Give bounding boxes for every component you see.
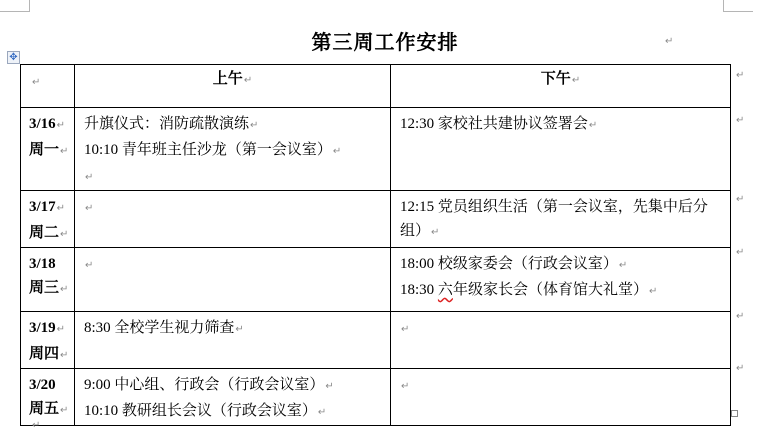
empty-line: ↵ [84,252,390,278]
paragraph-mark-icon: ↵ [57,203,65,214]
afternoon-cell[interactable]: 12:15 党员组织生活（第一会议室，先集中后分组）↵ [391,191,731,248]
event-line: 8:30 全校学生视力筛查↵ [84,316,390,342]
paragraph-mark-icon: ↵ [60,350,68,361]
event-line: 18:00 校级家委会（行政会议室）↵ [400,252,730,278]
day-cell[interactable]: 3/20 周五↵ [21,369,75,426]
document-title[interactable]: 第三周工作安排 [0,26,770,55]
paragraph-mark-icon: ↵ [60,405,68,416]
day-cell[interactable]: 3/17↵ 周二↵ [21,191,75,248]
paragraph-mark-icon: ↵ [85,260,93,271]
table-row: 3/16↵ 周一↵ 升旗仪式：消防疏散演练↵ 10:10 青年班主任沙龙（第一会… [21,108,731,191]
date-label: 3/16 [29,116,56,132]
morning-cell[interactable]: ↵ [75,248,391,312]
page-margin-corner-top-left [0,0,30,12]
table-move-handle-icon[interactable]: ✥ [7,51,20,64]
paragraph-mark-icon: ↵ [244,75,252,86]
event-line: 9:00 中心组、行政会（行政会议室）↵ [84,373,390,399]
afternoon-cell[interactable]: 18:00 校级家委会（行政会议室）↵ 18:30 六年级家长会（体育馆大礼堂）… [391,248,731,312]
end-of-row-mark-icon: ↵ [736,311,744,322]
end-of-row-mark-icon: ↵ [736,70,744,81]
weekday-label: 周四 [29,346,59,362]
day-cell[interactable]: 3/19↵ 周四↵ [21,312,75,369]
empty-line: ↵ [400,316,730,342]
end-of-row-mark-icon: ↵ [736,247,744,258]
paragraph-mark-icon: ↵ [32,77,40,88]
header-morning-label: 上午 [213,71,243,87]
end-of-row-mark-icon: ↵ [736,363,744,374]
table-resize-handle[interactable] [731,410,738,417]
paragraph-mark-icon: ↵ [572,75,580,86]
event-line: 10:10 教研组长会议（行政会议室）↵ [84,399,390,425]
paragraph-mark-icon: ↵ [85,203,93,214]
paragraph-mark-icon: ↵ [589,120,597,131]
header-cell-afternoon[interactable]: 下午↵ [391,65,731,108]
empty-line: ↵ [84,195,390,221]
paragraph-mark-icon: ↵ [85,172,93,183]
day-cell[interactable]: 3/18 周三↵ [21,248,75,312]
afternoon-cell[interactable]: ↵ [391,312,731,369]
table-row: 3/20 周五↵ 9:00 中心组、行政会（行政会议室）↵ 10:10 教研组长… [21,369,731,426]
end-of-row-mark-icon: ↵ [736,194,744,205]
morning-cell[interactable]: 8:30 全校学生视力筛查↵ [75,312,391,369]
paragraph-mark-icon: ↵ [431,227,439,238]
weekday-label: 周一 [29,142,59,158]
weekday-label: 周二 [29,225,59,241]
paragraph-mark-icon: ↵ [57,324,65,335]
end-of-row-mark-icon: ↵ [736,115,744,126]
table-row: 3/18 周三↵ ↵ 18:00 校级家委会（行政会议室）↵ 18:30 六年级… [21,248,731,312]
paragraph-mark-icon: ↵ [333,146,341,157]
morning-cell[interactable]: ↵ [75,191,391,248]
page-margin-corner-top-right [723,0,753,12]
afternoon-cell[interactable]: 12:30 家校社共建协议签署会↵ [391,108,731,191]
morning-cell[interactable]: 9:00 中心组、行政会（行政会议室）↵ 10:10 教研组长会议（行政会议室）… [75,369,391,426]
table-row: 3/19↵ 周四↵ 8:30 全校学生视力筛查↵ ↵ [21,312,731,369]
event-line: 12:15 党员组织生活（第一会议室，先集中后分组）↵ [400,195,730,245]
paragraph-mark-icon: ↵ [665,36,673,47]
weekday-label: 周三 [29,280,59,296]
empty-line: ↵ [400,373,730,399]
morning-cell[interactable]: 升旗仪式：消防疏散演练↵ 10:10 青年班主任沙龙（第一会议室）↵ ↵ [75,108,391,191]
afternoon-cell[interactable]: ↵ [391,369,731,426]
date-label: 3/20 [29,377,56,393]
table-header-row: ↵ 上午↵ 下午↵ [21,65,731,108]
spellcheck-underline[interactable]: 六 [438,282,453,298]
header-cell-morning[interactable]: 上午↵ [75,65,391,108]
header-afternoon-label: 下午 [541,71,571,87]
paragraph-mark-icon: ↵ [60,146,68,157]
event-line: 18:30 六年级家长会（体育馆大礼堂）↵ [400,278,730,304]
date-label: 3/19 [29,320,56,336]
paragraph-mark-icon: ↵ [318,407,326,418]
header-cell-day[interactable]: ↵ [21,65,75,108]
event-line: 升旗仪式：消防疏散演练↵ [84,112,390,138]
table-row: 3/17↵ 周二↵ ↵ 12:15 党员组织生活（第一会议室，先集中后分组）↵ [21,191,731,248]
paragraph-mark-icon: ↵ [60,229,68,240]
event-line: 10:10 青年班主任沙龙（第一会议室）↵ [84,138,390,164]
paragraph-mark-icon: ↵ [235,324,243,335]
paragraph-mark-icon: ↵ [401,324,409,335]
paragraph-mark-icon: ↵ [619,260,627,271]
paragraph-mark-icon: ↵ [57,120,65,131]
date-label: 3/17 [29,199,56,215]
document-title-text: 第三周工作安排 [312,30,459,54]
paragraph-mark-icon: ↵ [325,381,333,392]
event-line: 12:30 家校社共建协议签署会↵ [400,112,730,138]
paragraph-mark-icon: ↵ [32,420,40,431]
day-cell[interactable]: 3/16↵ 周一↵ [21,108,75,191]
weekday-label: 周五 [29,401,59,417]
paragraph-mark-icon: ↵ [649,286,657,297]
schedule-table: ↵ 上午↵ 下午↵ 3/16↵ 周一↵ 升旗仪式：消防疏散演练↵ 10:10 青… [20,64,731,426]
paragraph-mark-icon: ↵ [250,120,258,131]
paragraph-mark-icon: ↵ [401,381,409,392]
paragraph-mark-icon: ↵ [60,284,68,295]
empty-line: ↵ [84,164,390,190]
date-label: 3/18 [29,256,56,272]
